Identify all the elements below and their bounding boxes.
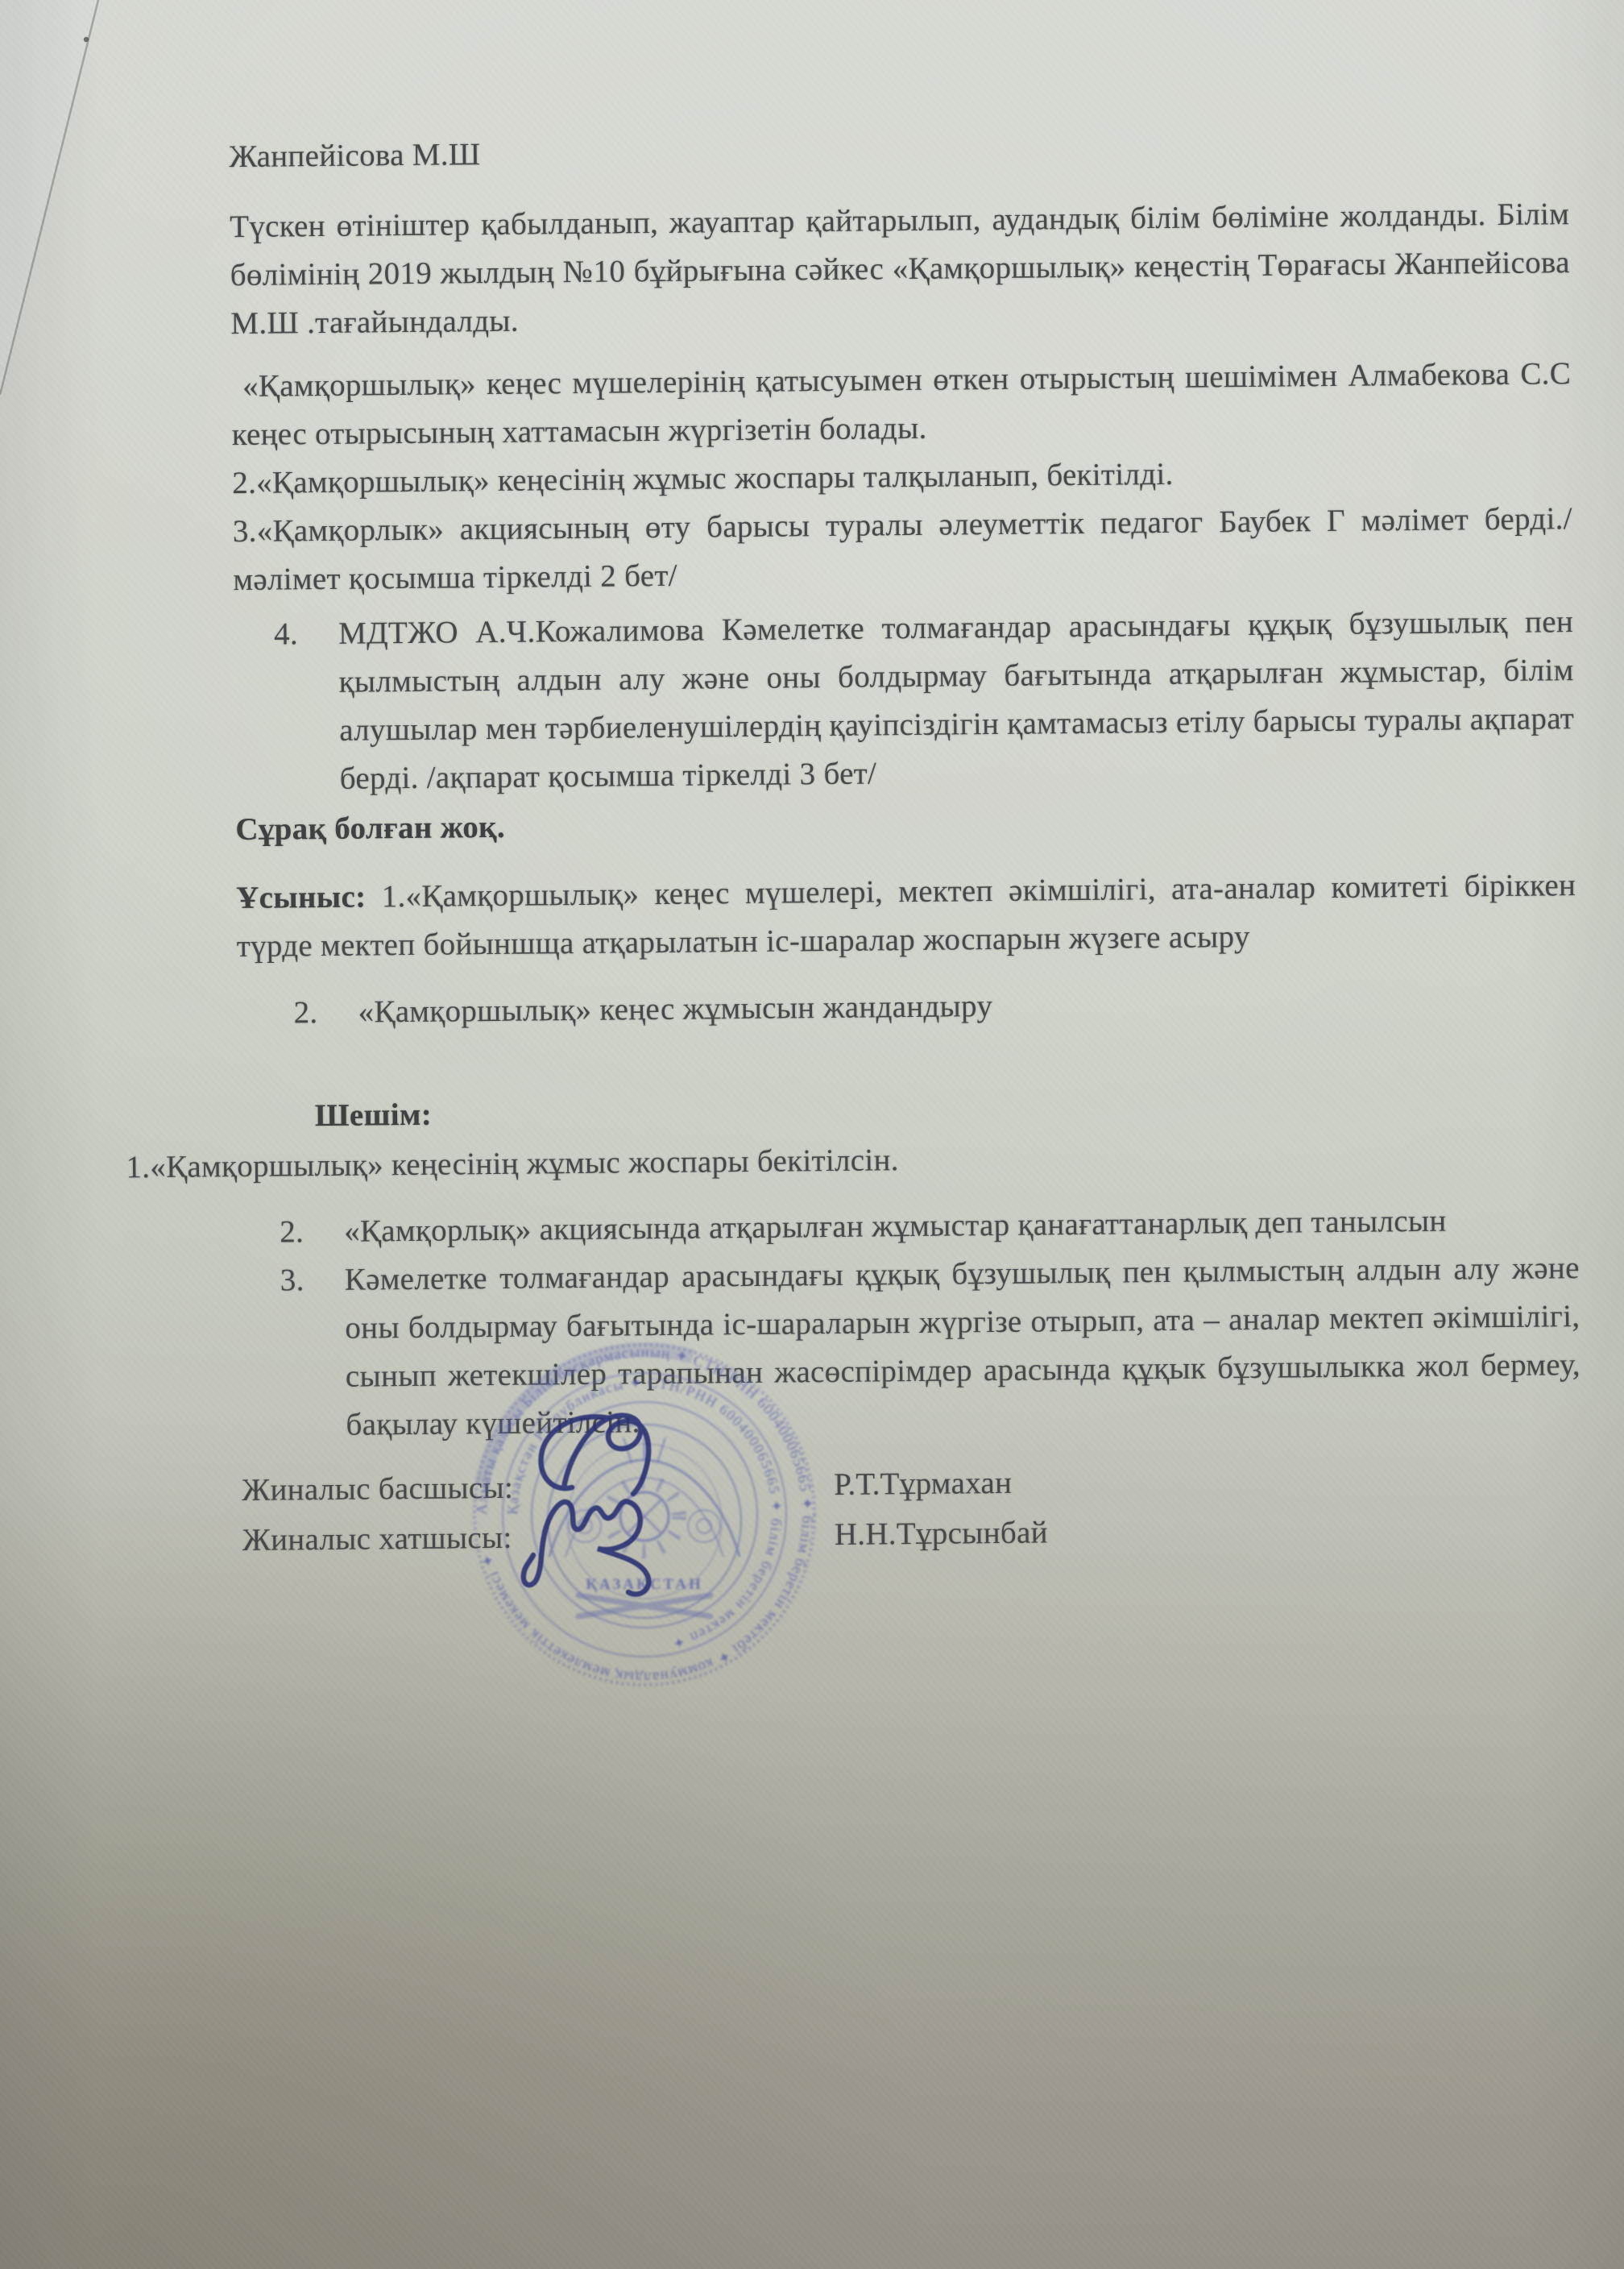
author-line: Жанпейісова М.Ш	[229, 120, 1568, 181]
signature-name: Р.Т.Тұрмахан	[834, 1459, 1013, 1509]
proposal-text: 1.«Қамқоршылық» кеңес мүшелері, мектеп ә…	[237, 868, 1576, 964]
proposal-item-2: 2. «Қамқоршылық» кеңес жұмысын жандандыр…	[293, 977, 1577, 1037]
agenda-item-4: 4. МДТЖО А.Ч.Кожалимова Кәмелетке толмағ…	[274, 598, 1575, 803]
agenda-item-3: 3.«Қамқорлык» акциясының өту барысы тура…	[233, 495, 1573, 604]
official-stamp: Алматы қаласы Білім басқармасының ✦ СТН/…	[435, 1305, 854, 1724]
item-number: 2.	[280, 1208, 345, 1257]
proposal-paragraph: Ұсыныс: 1.«Қамқоршылық» кеңес мүшелері, …	[236, 861, 1576, 971]
kazakhstan-emblem: ҚАЗАҚСТАН	[548, 1425, 741, 1618]
item-number: 3.	[280, 1256, 346, 1450]
document-text-layer: Жанпейісова М.Ш Түскен өтініштер қабылда…	[0, 0, 1624, 2269]
stamp-center-label: ҚАЗАҚСТАН	[586, 1576, 703, 1593]
item-text: «Қамқоршылық» кеңес жұмысын жандандыру	[358, 977, 1577, 1037]
stamp-inner-ring-text: Қазақстан Республикасы ✦ СТН/РНН 6004000…	[504, 1375, 785, 1652]
intro-paragraph: Түскен өтініштер қабылданып, жауаптар қа…	[230, 190, 1571, 348]
item-number: 4.	[274, 610, 340, 804]
item-text: МДТЖО А.Ч.Кожалимова Кәмелетке толмағанд…	[338, 598, 1575, 803]
stamp-ring-line	[503, 1373, 786, 1657]
signature-name: Н.Н.Тұрсынбай	[835, 1508, 1049, 1559]
council-paragraph: «Қамқоршылық» кеңес мүшелерінің қатысуым…	[231, 350, 1572, 459]
stamp-outer-ring-text: Алматы қаласы Білім басқармасының ✦ СТН/…	[474, 1344, 815, 1686]
item-number: 2.	[293, 989, 358, 1038]
proposal-label: Ұсыныс:	[236, 880, 367, 916]
photographed-document: Жанпейісова М.Ш Түскен өтініштер қабылда…	[0, 0, 1624, 2269]
wings	[549, 1460, 739, 1557]
